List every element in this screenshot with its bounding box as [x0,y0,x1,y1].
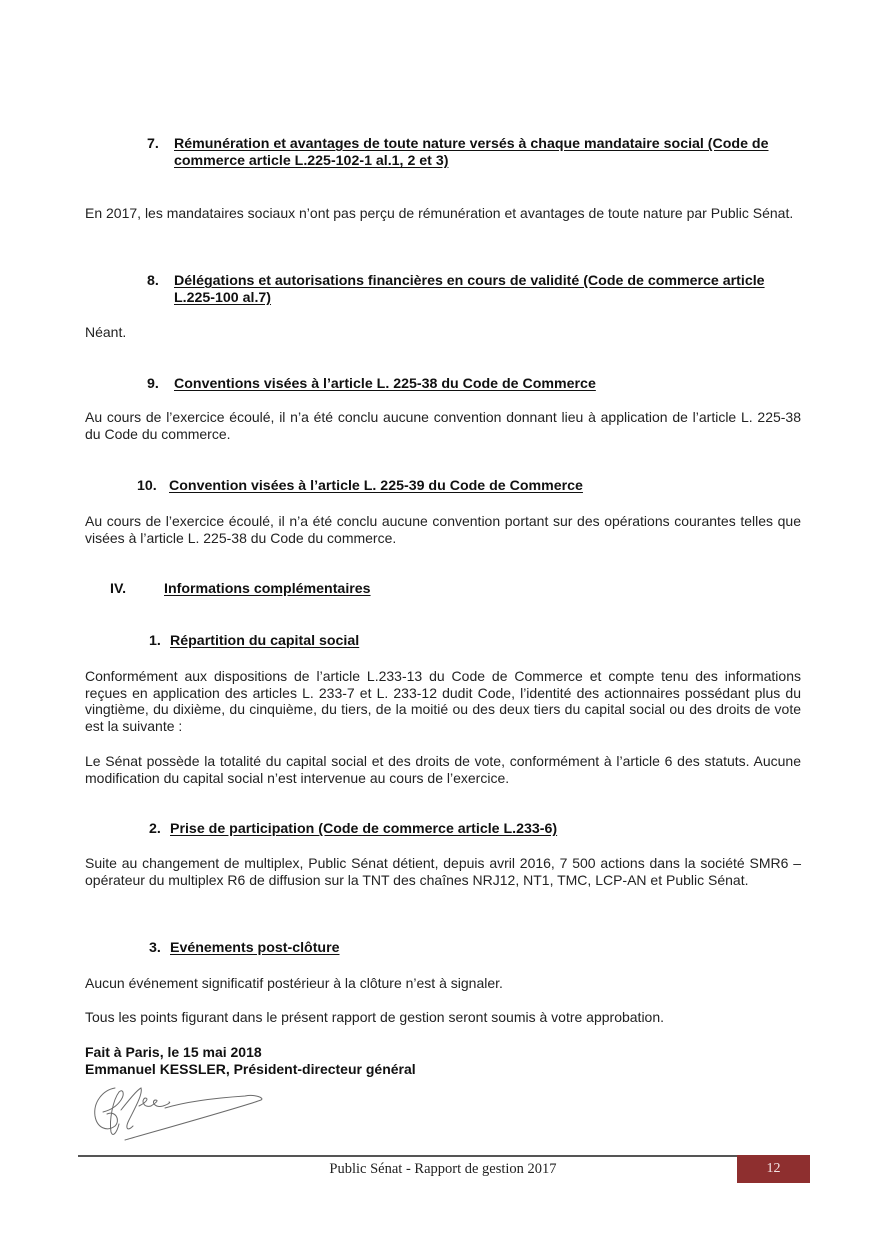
heading-title: Conventions visées à l’article L. 225-38… [174,376,596,393]
paragraph-evenements-1: Aucun événement significatif postérieur … [85,975,801,992]
paragraph-prise-participation: Suite au changement de multiplex, Public… [85,855,801,888]
heading-number: IV. [110,581,126,598]
paragraph-evenements-2: Tous les points figurant dans le présent… [85,1009,801,1026]
heading-title-line2: commerce article L.225-102-1 al.1, 2 et … [174,153,448,170]
heading-title-line1: Rémunération et avantages de toute natur… [174,136,769,153]
heading-number: 8. [147,273,159,290]
heading-number: 7. [147,136,159,153]
heading-number: 2. [149,821,161,838]
heading-title-line2: L.225-100 al.7) [174,290,271,307]
paragraph-section-8: Néant. [85,324,801,341]
heading-number: 10. [137,478,157,495]
heading-title: Prise de participation (Code de commerce… [170,821,557,838]
paragraph-capital-social-2: Le Sénat possède la totalité du capital … [85,753,801,786]
place-date: Fait à Paris, le 15 mai 2018 [85,1044,262,1061]
paragraph-section-9: Au cours de l’exercice écoulé, il n’a ét… [85,409,801,442]
heading-title: Répartition du capital social [170,633,359,650]
heading-number: 9. [147,376,159,393]
page-number: 12 [737,1155,810,1183]
heading-title: Evénements post-clôture [170,940,340,957]
handwritten-signature [85,1080,285,1150]
heading-number: 3. [149,940,161,957]
paragraph-section-10: Au cours de l’exercice écoulé, il n’a ét… [85,513,801,546]
heading-title-line1: Délégations et autorisations financières… [174,273,765,290]
heading-title: Informations complémentaires [164,581,371,598]
heading-title: Convention visées à l’article L. 225-39 … [169,478,583,495]
heading-number: 1. [149,633,161,650]
document-page: 7. Rémunération et avantages de toute na… [0,0,886,1253]
footer-divider [78,1155,738,1157]
signatory: Emmanuel KESSLER, Président-directeur gé… [85,1061,416,1078]
paragraph-capital-social-1: Conformément aux dispositions de l’artic… [85,668,801,734]
paragraph-section-7: En 2017, les mandataires sociaux n’ont p… [85,205,801,222]
